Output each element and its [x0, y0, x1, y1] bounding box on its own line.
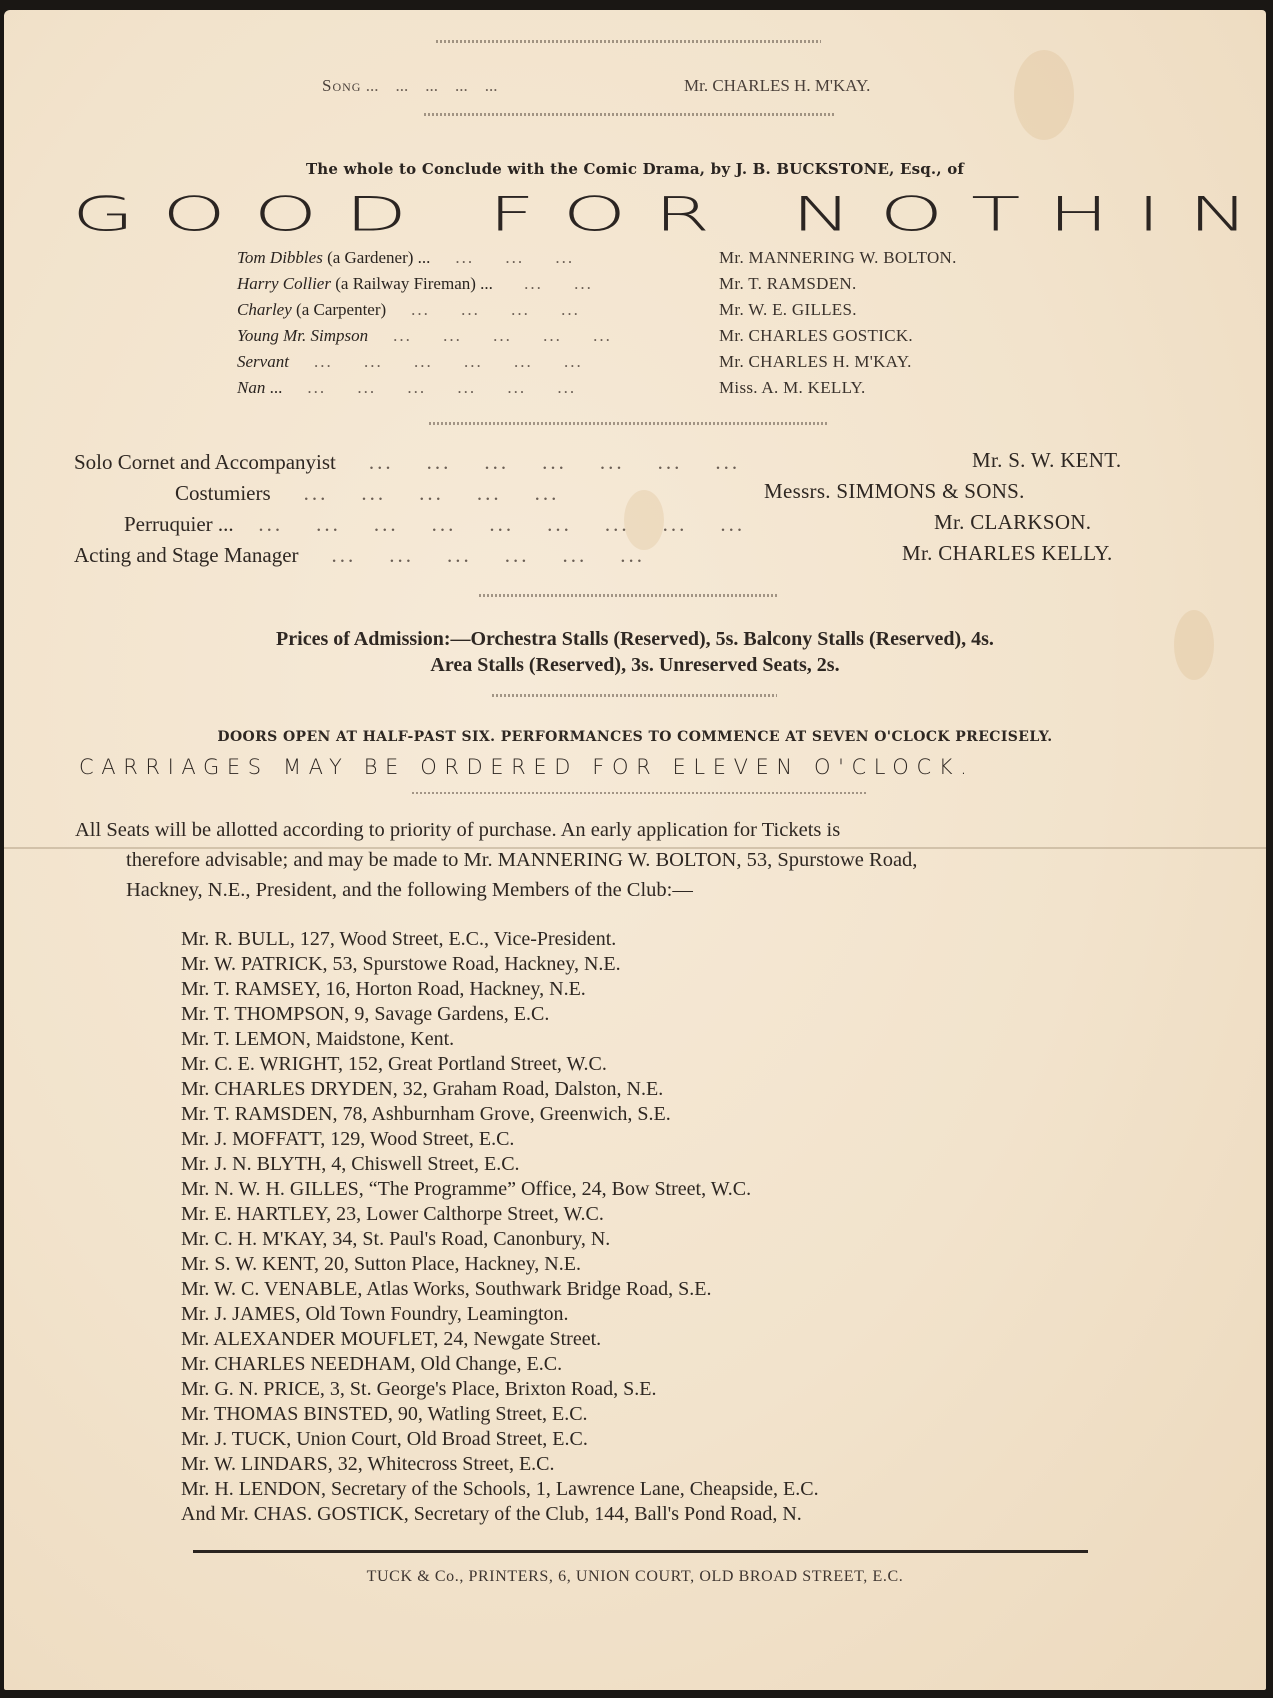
cast-role: Servant ... ... ... ... ... ...	[237, 352, 583, 372]
leader-dots: ... ... ... ... ...	[271, 481, 560, 505]
footer-rule	[193, 1550, 1088, 1553]
crew-name: Mr. S. W. KENT.	[972, 448, 1121, 473]
leader-dots: ... ... ... ... ... ...	[282, 378, 576, 397]
ornamental-rule	[429, 422, 829, 425]
member-entry: Mr. THOMAS BINSTED, 90, Watling Street, …	[181, 1402, 819, 1427]
cast-actor: Mr. CHARLES GOSTICK.	[719, 326, 913, 346]
printer-imprint: TUCK & Co., PRINTERS, 6, UNION COURT, OL…	[4, 1568, 1266, 1586]
role-name: Servant	[237, 352, 289, 371]
member-entry: Mr. J. N. BLYTH, 4, Chiswell Street, E.C…	[181, 1152, 819, 1177]
member-entry: Mr. T. THOMPSON, 9, Savage Gardens, E.C.	[181, 1002, 819, 1027]
cast-role: Young Mr. Simpson ... ... ... ... ...	[237, 326, 612, 346]
cast-role: Tom Dibbles (a Gardener) ... ... ... ...	[237, 248, 574, 268]
play-title: GOOD FOR NOTHING.	[72, 188, 1273, 242]
cast-actor: Mr. T. RAMSDEN.	[719, 274, 857, 294]
crew-name: Mr. CHARLES KELLY.	[902, 541, 1113, 566]
member-entry: And Mr. CHAS. GOSTICK, Secretary of the …	[181, 1502, 819, 1527]
role-name: Young Mr. Simpson	[237, 326, 368, 345]
song-label: Song	[322, 76, 361, 95]
role-name: Nan	[237, 378, 265, 397]
crew-role: Acting and Stage Manager ... ... ... ...…	[74, 543, 645, 568]
drama-intro: The whole to Conclude with the Comic Dra…	[4, 160, 1266, 178]
ornamental-rule	[492, 694, 777, 697]
ornamental-rule	[412, 792, 868, 794]
cast-actor: Miss. A. M. KELLY.	[719, 378, 866, 398]
crew-name: Messrs. SIMMONS & SONS.	[764, 479, 1025, 504]
member-entry: Mr. J. TUCK, Union Court, Old Broad Stre…	[181, 1427, 819, 1452]
cast-actor: Mr. MANNERING W. BOLTON.	[719, 248, 957, 268]
crew-role-name: Solo Cornet and Accompanyist	[74, 450, 336, 474]
leader-dots: ... ... ... ... ...	[368, 326, 612, 345]
crew-role: Costumiers ... ... ... ... ...	[175, 481, 559, 506]
crew-role-name: Perruquier ...	[124, 512, 234, 536]
song-line: Song ... ... ... ... ...	[322, 76, 497, 96]
doors-open-notice: DOORS OPEN AT HALF-PAST SIX. PERFORMANCE…	[4, 729, 1266, 745]
role-desc: (a Gardener) ...	[323, 248, 431, 267]
paper-stain	[1014, 50, 1074, 140]
member-entry: Mr. T. LEMON, Maidstone, Kent.	[181, 1027, 819, 1052]
leader-dots: ... ... ... ... ... ...	[289, 352, 583, 371]
ornamental-rule	[424, 113, 834, 116]
member-entry: Mr. C. H. M'KAY, 34, St. Paul's Road, Ca…	[181, 1227, 819, 1252]
tickets-para-line1: All Seats will be allotted according to …	[75, 819, 840, 842]
crew-name: Mr. CLARKSON.	[934, 510, 1091, 535]
member-entry: Mr. C. E. WRIGHT, 152, Great Portland St…	[181, 1052, 819, 1077]
role-desc: ...	[265, 378, 282, 397]
member-entry: Mr. CHARLES NEEDHAM, Old Change, E.C.	[181, 1352, 819, 1377]
tickets-para-line2: therefore advisable; and may be made to …	[126, 849, 917, 872]
crew-role: Solo Cornet and Accompanyist ... ... ...…	[74, 450, 740, 475]
cast-role: Charley (a Carpenter) ... ... ... ...	[237, 300, 580, 320]
ornamental-rule	[436, 40, 821, 43]
leader-dots: ... ... ... ...	[386, 300, 580, 319]
admission-prices-line1: Prices of Admission:—Orchestra Stalls (R…	[4, 628, 1266, 651]
leader-dots: ... ... ... ... ... ... ...	[336, 450, 740, 474]
leader-dots: ... ... ... ... ... ... ... ... ...	[234, 512, 746, 536]
role-name: Tom Dibbles	[237, 248, 323, 267]
member-entry: Mr. CHARLES DRYDEN, 32, Graham Road, Dal…	[181, 1077, 819, 1102]
cast-role: Harry Collier (a Railway Fireman) ... ..…	[237, 274, 593, 294]
crew-role-name: Acting and Stage Manager	[74, 543, 299, 567]
crew-role: Perruquier ... ... ... ... ... ... ... .…	[124, 512, 745, 537]
member-entry: Mr. E. HARTLEY, 23, Lower Calthorpe Stre…	[181, 1202, 819, 1227]
leader-dots: ... ...	[493, 274, 593, 293]
member-entry: Mr. W. LINDARS, 32, Whitecross Street, E…	[181, 1452, 819, 1477]
role-desc: (a Carpenter)	[292, 300, 386, 319]
member-entry: Mr. W. C. VENABLE, Atlas Works, Southwar…	[181, 1277, 819, 1302]
member-entry: Mr. N. W. H. GILLES, “The Programme” Off…	[181, 1177, 819, 1202]
member-entry: Mr. W. PATRICK, 53, Spurstowe Road, Hack…	[181, 952, 819, 977]
member-entry: Mr. T. RAMSDEN, 78, Ashburnham Grove, Gr…	[181, 1102, 819, 1127]
cast-role: Nan ... ... ... ... ... ... ...	[237, 378, 576, 398]
role-desc: (a Railway Fireman) ...	[331, 274, 493, 293]
members-list: Mr. R. BULL, 127, Wood Street, E.C., Vic…	[181, 927, 819, 1527]
member-entry: Mr. G. N. PRICE, 3, St. George's Place, …	[181, 1377, 819, 1402]
leader-dots: ... ... ... ... ... ...	[299, 543, 646, 567]
leader-dots: ... ... ... ... ...	[366, 76, 498, 95]
member-entry: Mr. J. JAMES, Old Town Foundry, Leamingt…	[181, 1302, 819, 1327]
admission-prices-line2: Area Stalls (Reserved), 3s. Unreserved S…	[4, 654, 1266, 677]
member-entry: Mr. J. MOFFATT, 129, Wood Street, E.C.	[181, 1127, 819, 1152]
song-performer: Mr. CHARLES H. M'KAY.	[684, 76, 870, 96]
member-entry: Mr. R. BULL, 127, Wood Street, E.C., Vic…	[181, 927, 819, 952]
carriages-notice: CARRIAGES MAY BE ORDERED FOR ELEVEN O'CL…	[79, 755, 974, 779]
crew-role-name: Costumiers	[175, 481, 271, 505]
member-entry: Mr. H. LENDON, Secretary of the Schools,…	[181, 1477, 819, 1502]
member-entry: Mr. ALEXANDER MOUFLET, 24, Newgate Stree…	[181, 1327, 819, 1352]
cast-actor: Mr. W. E. GILLES.	[719, 300, 857, 320]
cast-actor: Mr. CHARLES H. M'KAY.	[719, 352, 912, 372]
tickets-para-line3: Hackney, N.E., President, and the follow…	[126, 879, 693, 902]
leader-dots: ... ... ...	[430, 248, 574, 267]
member-entry: Mr. T. RAMSEY, 16, Horton Road, Hackney,…	[181, 977, 819, 1002]
role-name: Harry Collier	[237, 274, 331, 293]
programme-page: Song ... ... ... ... ... Mr. CHARLES H. …	[4, 10, 1266, 1690]
role-name: Charley	[237, 300, 292, 319]
ornamental-rule	[479, 594, 779, 597]
member-entry: Mr. S. W. KENT, 20, Sutton Place, Hackne…	[181, 1252, 819, 1277]
